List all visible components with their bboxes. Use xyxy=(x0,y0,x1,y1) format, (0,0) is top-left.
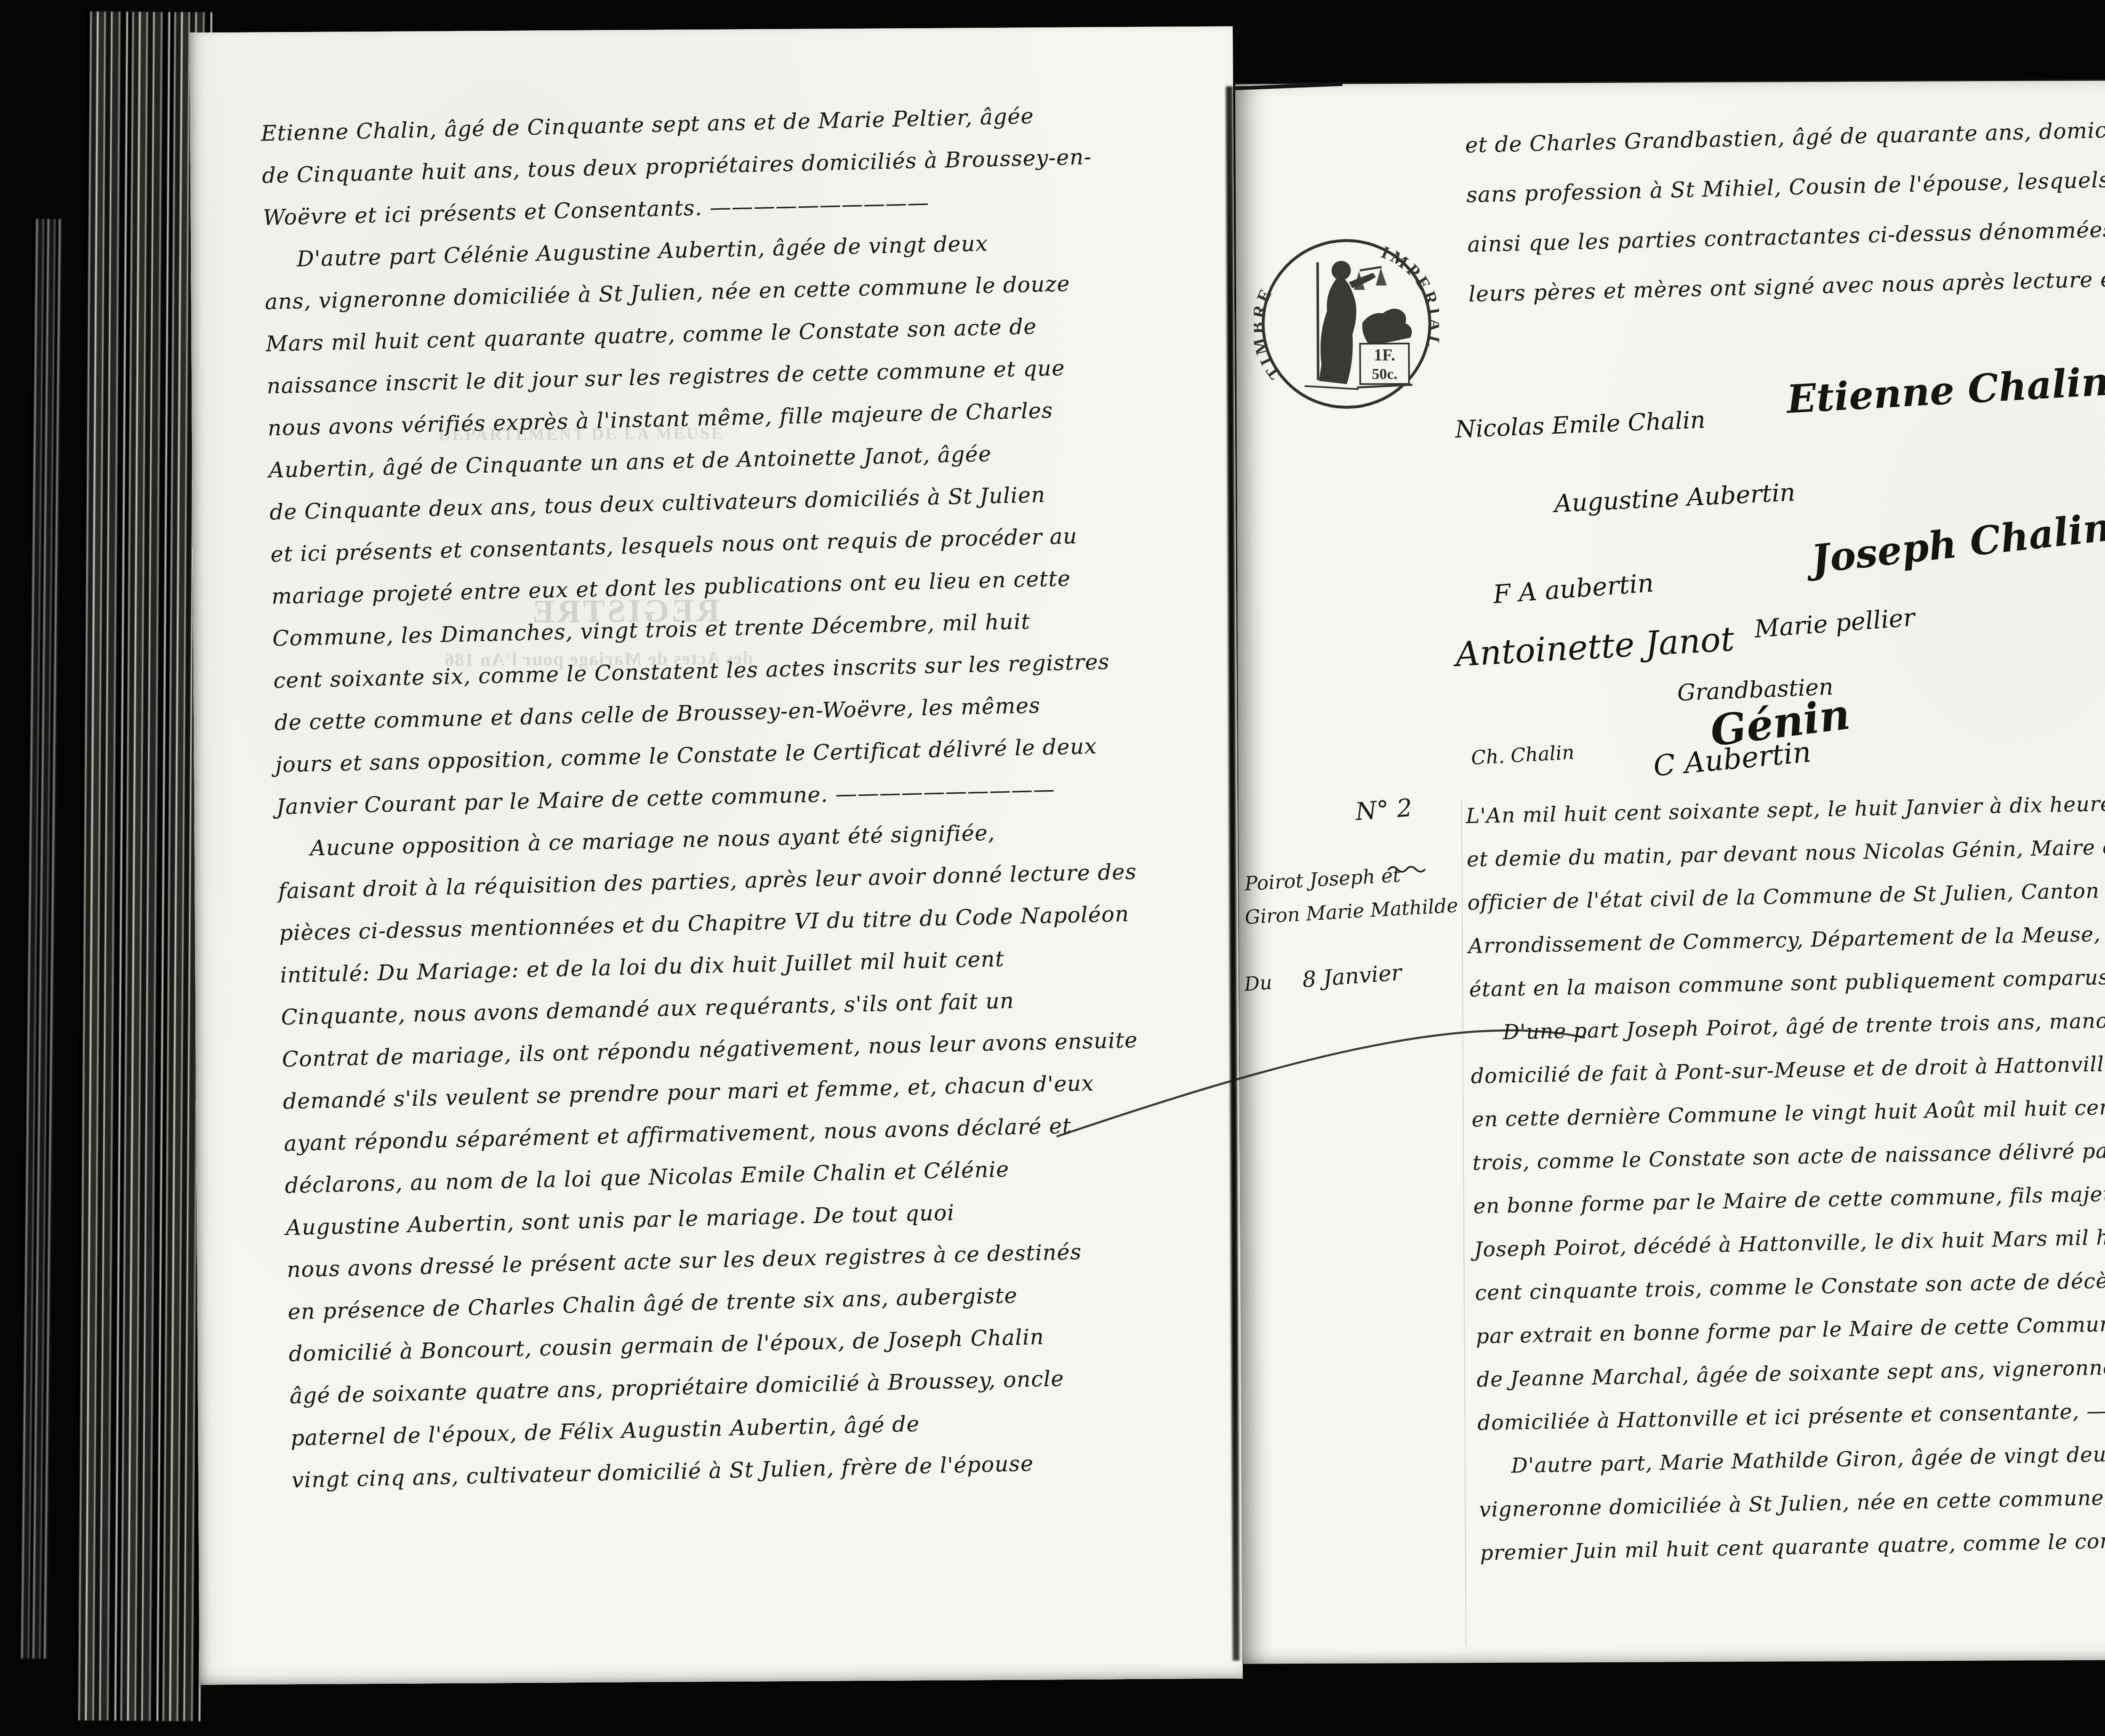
margin-separator-rule xyxy=(1235,82,1343,90)
stamp-value-top: 1F. xyxy=(1374,345,1395,364)
margin-bride-name: Giron Marie Mathilde xyxy=(1244,894,1458,929)
signature-augustine-aubertin: Augustine Aubertin xyxy=(1553,478,1796,518)
stamp-timbre-text: TIMBRE xyxy=(1253,284,1285,383)
scanned-register-spread: { "document": { "page_number": "93", "st… xyxy=(0,0,2105,1736)
right-page: TIMBRE IMPERIAL. 1F. 50c. et de Charles … xyxy=(1235,78,2105,1664)
signature-antoinette-janot: Antoinette Janot xyxy=(1455,619,1735,674)
pen-flourish-stroke xyxy=(1050,1008,1598,1160)
margin-date-prefix: Du xyxy=(1243,971,1273,996)
signature-joseph-chalin: Joseph Chalin xyxy=(1809,504,2105,582)
revenue-stamp: TIMBRE IMPERIAL. 1F. 50c. xyxy=(1253,225,1439,423)
margin-groom-name: Poirot Joseph et xyxy=(1244,863,1401,895)
act1-body-text: Etienne Chalin, âgé de Cinquante sept an… xyxy=(261,100,1256,1510)
signature-etienne-chalin: Etienne Chalin xyxy=(1785,359,2105,422)
left-page: DEPARTEMENT DE LA MEUSE REGISTRE des Act… xyxy=(189,26,1243,1685)
act2-body-text: L'An mil huit cent soixante sept, le hui… xyxy=(1466,788,2105,1584)
signature-fa-aubertin: F A aubertin xyxy=(1492,568,1655,610)
margin-date: 8 Janvier xyxy=(1301,960,1402,993)
signature-nicolas-emile-chalin: Nicolas Emile Chalin xyxy=(1455,406,1706,443)
signature-marie-peltier: Marie pellier xyxy=(1753,603,1916,643)
act1-closing-text: et de Charles Grandbastien, âgé de quara… xyxy=(1465,113,2105,332)
margin-act-number: N° 2 xyxy=(1354,793,1413,826)
signature-ch-chalin: Ch. Chalin xyxy=(1471,740,1575,769)
stamp-value-bottom: 50c. xyxy=(1372,365,1397,382)
book-page-edges-outer xyxy=(18,219,62,1659)
